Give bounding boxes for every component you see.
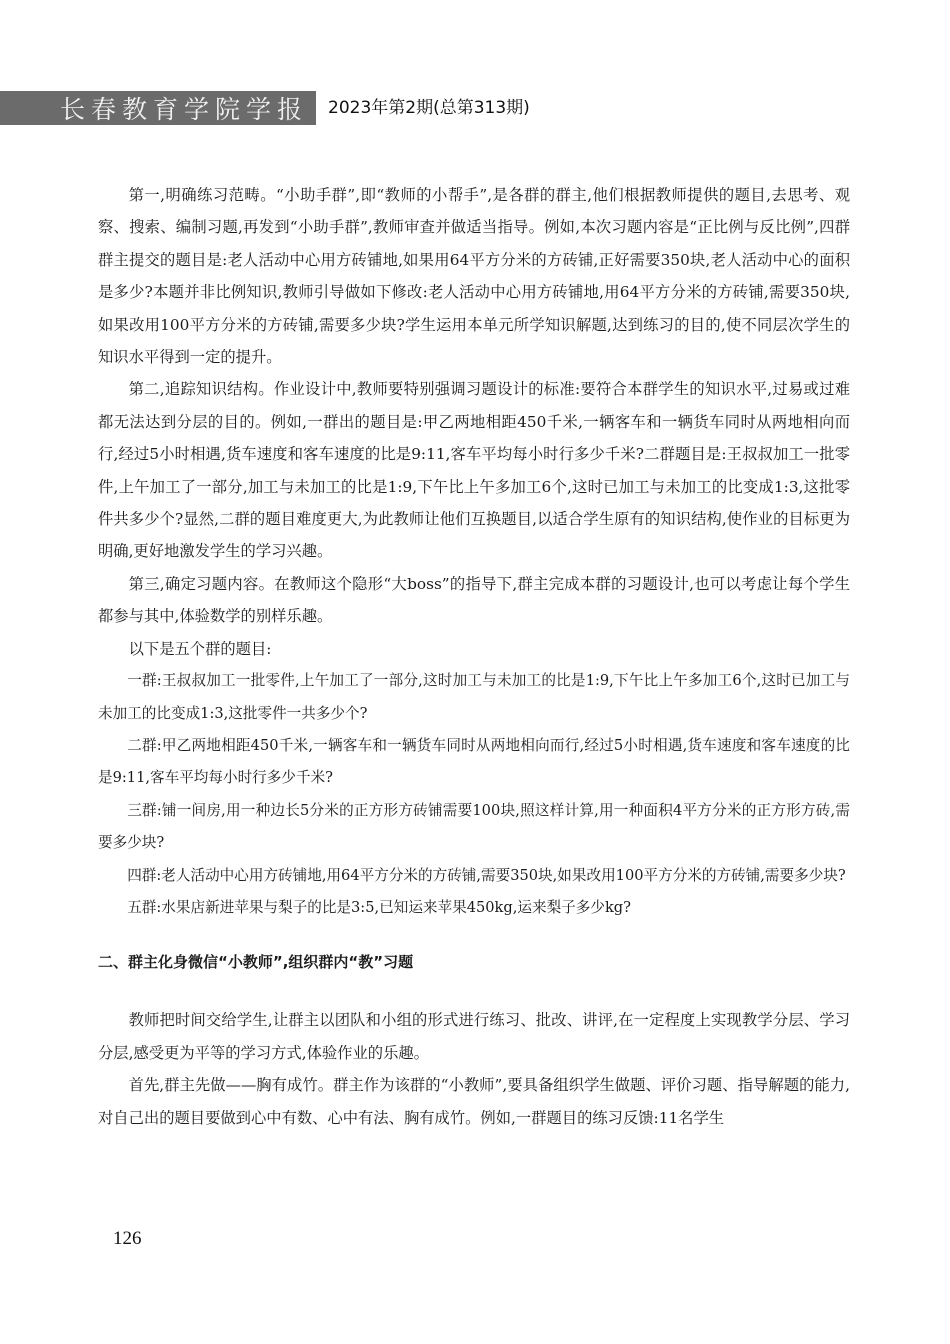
paragraph: 第一,明确练习范畴。“小助手群”,即“教师的小帮手”,是各群的群主,他们根据教师… — [98, 179, 850, 373]
paragraph: 教师把时间交给学生,让群主以团队和小组的形式进行练习、批改、讲评,在一定程度上实… — [98, 1004, 850, 1069]
group-question-5: 五群:水果店新进苹果与梨子的比是3:5,已知运来苹果450kg,运来梨子多少kg… — [98, 892, 850, 924]
paragraph: 首先,群主先做——胸有成竹。群主作为该群的“小教师”,要具备组织学生做题、评价习… — [98, 1069, 850, 1134]
group-question-3: 三群:铺一间房,用一种边长5分米的正方形方砖铺需要100块,照这样计算,用一种面… — [98, 795, 850, 860]
section-heading: 二、群主化身微信“小教师”,组织群内“教”习题 — [98, 946, 850, 978]
paragraph: 第三,确定习题内容。在教师这个隐形“大boss”的指导下,群主完成本群的习题设计… — [98, 568, 850, 633]
journal-title-banner: 长春教育学院学报 — [0, 91, 316, 125]
paragraph: 以下是五个群的题目: — [98, 633, 850, 665]
article-body: 第一,明确练习范畴。“小助手群”,即“教师的小帮手”,是各群的群主,他们根据教师… — [98, 179, 850, 1134]
issue-label: 2023年第2期(总第313期) — [328, 94, 530, 122]
group-question-4: 四群:老人活动中心用方砖铺地,用64平方分米的方砖铺,需要350块,如果改用10… — [98, 860, 850, 892]
group-question-2: 二群:甲乙两地相距450千米,一辆客车和一辆货车同时从两地相向而行,经过5小时相… — [98, 730, 850, 795]
group-question-1: 一群:王叔叔加工一批零件,上午加工了一部分,这时加工与未加工的比是1:9,下午比… — [98, 665, 850, 730]
paragraph: 第二,追踪知识结构。作业设计中,教师要特别强调习题设计的标准:要符合本群学生的知… — [98, 373, 850, 567]
journal-title: 长春教育学院学报 — [60, 90, 308, 126]
page-number: 126 — [113, 1228, 142, 1250]
